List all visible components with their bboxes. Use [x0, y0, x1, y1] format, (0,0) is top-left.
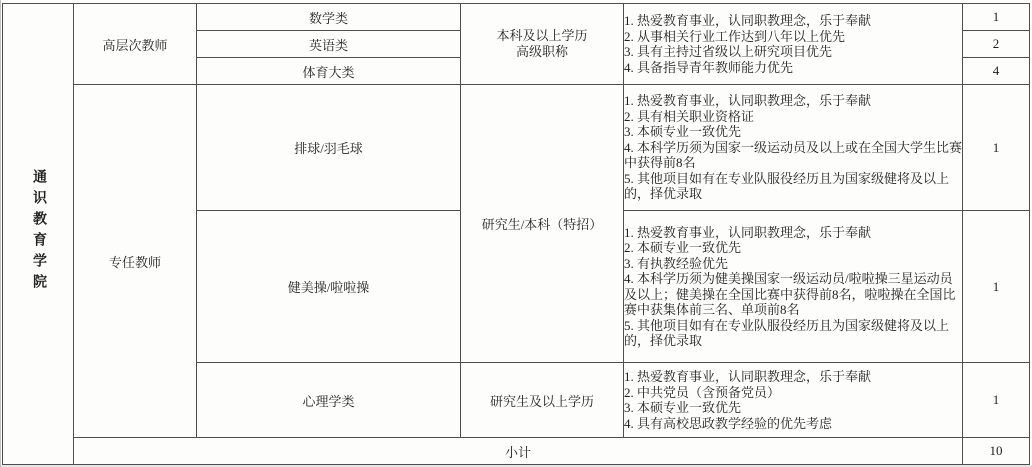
scan-edge-artifact: [0, 0, 1, 467]
table-row-subtotal: 小计 10: [3, 438, 1030, 465]
recruitment-table: 通识教育学院 高层次教师 数学类 本科及以上学历 高级职称 1. 热爱教育事业，…: [2, 3, 1030, 465]
count-cell: 1: [963, 363, 1030, 438]
count-cell: 1: [963, 4, 1030, 31]
subject-cell: 数学类: [197, 4, 461, 31]
subject-cell: 英语类: [197, 31, 461, 58]
qualification-cell: 本科及以上学历 高级职称: [461, 4, 624, 85]
college-cell: 通识教育学院: [3, 4, 74, 465]
qualification-cell: 研究生/本科（特招）: [461, 85, 624, 363]
count-cell: 1: [963, 85, 1030, 211]
scanned-page: 通识教育学院 高层次教师 数学类 本科及以上学历 高级职称 1. 热爱教育事业，…: [0, 0, 1032, 467]
college-name: 通识教育学院: [31, 169, 45, 295]
qualification-cell: 研究生及以上学历: [461, 363, 624, 438]
subject-cell: 体育大类: [197, 58, 461, 85]
subtotal-cell: 小计: [74, 438, 963, 465]
table-row: 专任教师 排球/羽毛球 研究生/本科（特招） 1. 热爱教育事业，认同职教理念，…: [3, 85, 1030, 211]
table-row: 通识教育学院 高层次教师 数学类 本科及以上学历 高级职称 1. 热爱教育事业，…: [3, 4, 1030, 31]
teacher-type-cell: 高层次教师: [74, 4, 197, 85]
subject-cell: 排球/羽毛球: [197, 85, 461, 211]
subject-cell: 心理学类: [197, 363, 461, 438]
requirements-cell: 1. 热爱教育事业，认同职教理念，乐于奉献 2. 从事相关行业工作达到八年以上优…: [624, 4, 963, 85]
subtotal-count-cell: 10: [963, 438, 1030, 465]
requirements-cell: 1. 热爱教育事业，认同职教理念，乐于奉献 2. 中共党员（含预备党员） 3. …: [624, 363, 963, 438]
requirements-cell: 1. 热爱教育事业，认同职教理念，乐于奉献 2. 本硕专业一致优先 3. 有执教…: [624, 211, 963, 363]
subject-cell: 健美操/啦啦操: [197, 211, 461, 363]
requirements-cell: 1. 热爱教育事业，认同职教理念，乐于奉献 2. 具有相关职业资格证 3. 本硕…: [624, 85, 963, 211]
teacher-type-cell: 专任教师: [74, 85, 197, 438]
count-cell: 4: [963, 58, 1030, 85]
count-cell: 2: [963, 31, 1030, 58]
count-cell: 1: [963, 211, 1030, 363]
